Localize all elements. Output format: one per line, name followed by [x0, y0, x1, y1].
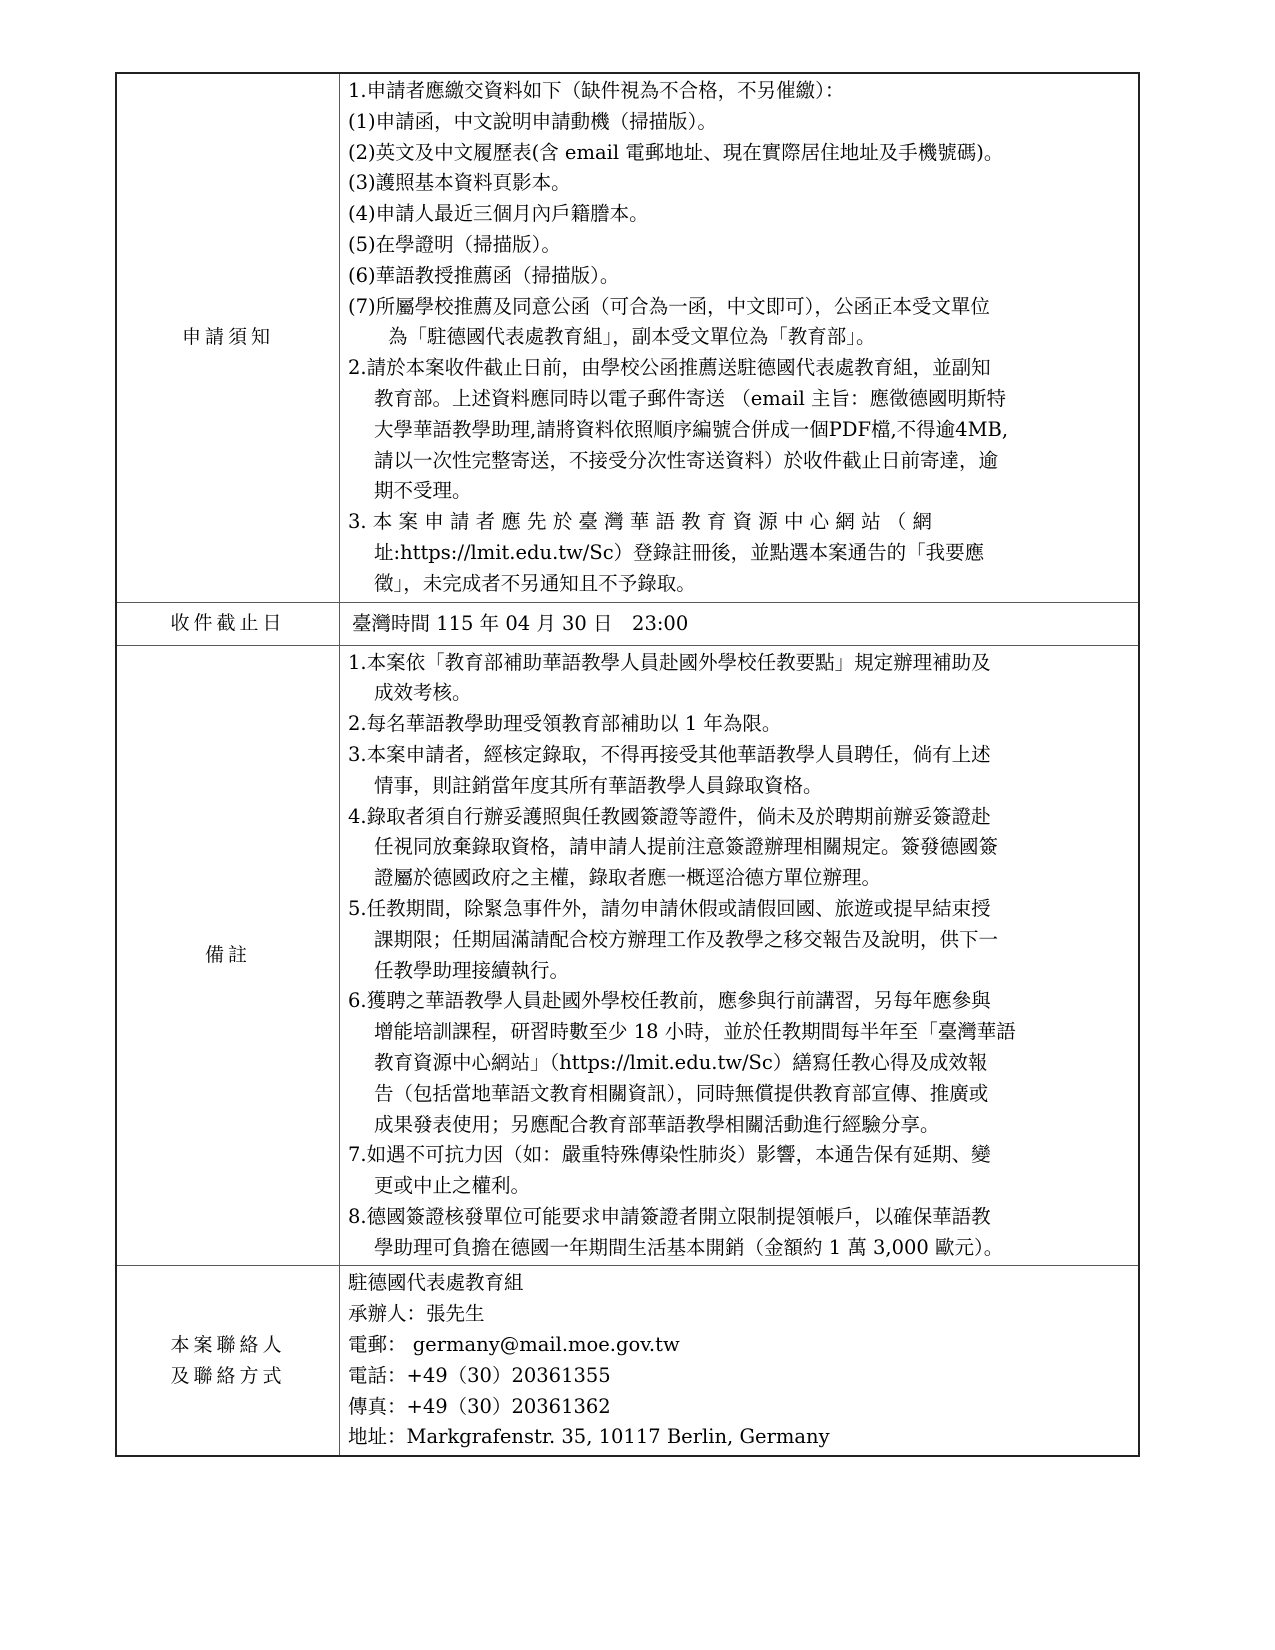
content-application-notes: 1.申請者應繳交資料如下（缺件視為不合格，不另催繳）： (1)申請函，中文說明申… [340, 73, 1140, 602]
notes-sub-item-6: (6)華語教授推薦函（掃描版）。 [348, 261, 1128, 292]
notes-item-3-cont-2: 徵」，未完成者不另通知且不予錄取。 [348, 569, 1128, 600]
contact-person: 承辦人：張先生 [348, 1299, 1128, 1330]
remarks-item-5: 5.任教期間，除緊急事件外，請勿申請休假或請假回國、旅遊或提早結束授 [348, 894, 1128, 925]
notes-sub-item-5: (5)在學證明（掃描版）。 [348, 230, 1128, 261]
label-contact-line-1: 本案聯絡人 [117, 1330, 339, 1361]
remarks-item-1-cont: 成效考核。 [348, 678, 1128, 709]
remarks-item-4: 4.錄取者須自行辦妥護照與任教國簽證等證件，倘未及於聘期前辦妥簽證赴 [348, 802, 1128, 833]
remarks-item-6-cont-4: 成果發表使用；另應配合教育部華語教學相關活動進行經驗分享。 [348, 1110, 1128, 1141]
remarks-item-6: 6.獲聘之華語教學人員赴國外學校任教前，應參與行前講習，另每年應參與 [348, 986, 1128, 1017]
remarks-item-8: 8.德國簽證核發單位可能要求申請簽證者開立限制提領帳戶，以確保華語教 [348, 1202, 1128, 1233]
label-contact: 本案聯絡人 及聯絡方式 [116, 1266, 340, 1456]
table-row-contact: 本案聯絡人 及聯絡方式 駐德國代表處教育組 承辦人：張先生 電郵： german… [116, 1266, 1139, 1456]
notes-item-1: 1.申請者應繳交資料如下（缺件視為不合格，不另催繳）： [348, 76, 1128, 107]
notes-sub-item-3: (3)護照基本資料頁影本。 [348, 168, 1128, 199]
contact-address: 地址：Markgrafenstr. 35, 10117 Berlin, Germ… [348, 1422, 1128, 1453]
label-contact-line-2: 及聯絡方式 [117, 1361, 339, 1392]
remarks-item-4-cont-1: 任視同放棄錄取資格，請申請人提前注意簽證辦理相關規定。簽發德國簽 [348, 832, 1128, 863]
remarks-item-4-cont-2: 證屬於德國政府之主權，錄取者應一概逕洽德方單位辦理。 [348, 863, 1128, 894]
notes-sub-item-2: (2)英文及中文履歷表(含 email 電郵地址、現在實際居住地址及手機號碼)。 [348, 138, 1128, 169]
notes-item-2-cont-3: 請以一次性完整寄送，不接受分次性寄送資料）於收件截止日前寄達，逾 [348, 446, 1128, 477]
remarks-item-5-cont-1: 課期限；任期屆滿請配合校方辦理工作及教學之移交報告及說明，供下一 [348, 925, 1128, 956]
contact-email[interactable]: 電郵： germany@mail.moe.gov.tw [348, 1330, 1128, 1361]
notes-sub-item-1: (1)申請函，中文說明申請動機（掃描版）。 [348, 107, 1128, 138]
deadline-value: 臺灣時間 115 年 04 月 30 日 23:00 [340, 602, 1140, 645]
table-row-application-notes: 申請須知 1.申請者應繳交資料如下（缺件視為不合格，不另催繳）： (1)申請函，… [116, 73, 1139, 602]
contact-organization: 駐德國代表處教育組 [348, 1268, 1128, 1299]
label-remarks: 備註 [116, 645, 340, 1266]
remarks-item-8-cont: 學助理可負擔在德國一年期間生活基本開銷（金額約 1 萬 3,000 歐元）。 [348, 1233, 1128, 1264]
remarks-item-6-cont-3: 告（包括當地華語文教育相關資訊），同時無償提供教育部宣傳、推廣或 [348, 1079, 1128, 1110]
notes-sub-item-7: (7)所屬學校推薦及同意公函（可合為一函，中文即可），公函正本受文單位 [348, 292, 1128, 323]
contact-fax: 傳真：+49（30）20361362 [348, 1392, 1128, 1423]
announcement-table: 申請須知 1.申請者應繳交資料如下（缺件視為不合格，不另催繳）： (1)申請函，… [115, 72, 1140, 1457]
remarks-item-3-cont: 情事，則註銷當年度其所有華語教學人員錄取資格。 [348, 771, 1128, 802]
remarks-item-2: 2.每名華語教學助理受領教育部補助以 1 年為限。 [348, 709, 1128, 740]
table-row-remarks: 備註 1.本案依「教育部補助華語教學人員赴國外學校任教要點」規定辦理補助及 成效… [116, 645, 1139, 1266]
remarks-item-1: 1.本案依「教育部補助華語教學人員赴國外學校任教要點」規定辦理補助及 [348, 648, 1128, 679]
notes-item-3: 3. 本 案 申 請 者 應 先 於 臺 灣 華 語 教 育 資 源 中 心 網… [348, 507, 1128, 538]
remarks-item-3: 3.本案申請者，經核定錄取，不得再接受其他華語教學人員聘任，倘有上述 [348, 740, 1128, 771]
content-remarks: 1.本案依「教育部補助華語教學人員赴國外學校任教要點」規定辦理補助及 成效考核。… [340, 645, 1140, 1266]
remarks-item-6-cont-2: 教育資源中心網站」（https://lmit.edu.tw/Sc）繕寫任教心得及… [348, 1048, 1128, 1079]
notes-item-2-cont-4: 期不受理。 [348, 476, 1128, 507]
notes-item-2: 2.請於本案收件截止日前，由學校公函推薦送駐德國代表處教育組，並副知 [348, 353, 1128, 384]
table-row-deadline: 收件截止日 臺灣時間 115 年 04 月 30 日 23:00 [116, 602, 1139, 645]
notes-sub-item-4: (4)申請人最近三個月內戶籍謄本。 [348, 199, 1128, 230]
remarks-item-7: 7.如遇不可抗力因（如：嚴重特殊傳染性肺炎）影響，本通告保有延期、變 [348, 1140, 1128, 1171]
label-application-notes: 申請須知 [116, 73, 340, 602]
remarks-item-6-cont-1: 增能培訓課程，研習時數至少 18 小時，並於任教期間每半年至「臺灣華語 [348, 1017, 1128, 1048]
notes-item-2-cont-2: 大學華語教學助理,請將資料依照順序編號合併成一個PDF檔,不得逾4MB, [348, 415, 1128, 446]
contact-phone: 電話：+49（30）20361355 [348, 1361, 1128, 1392]
label-deadline: 收件截止日 [116, 602, 340, 645]
notes-item-2-cont-1: 教育部。上述資料應同時以電子郵件寄送 （email 主旨：應徵德國明斯特 [348, 384, 1128, 415]
remarks-item-7-cont: 更或中止之權利。 [348, 1171, 1128, 1202]
notes-sub-item-7-cont: 為「駐德國代表處教育組」，副本受文單位為「教育部」。 [348, 322, 1128, 353]
remarks-item-5-cont-2: 任教學助理接續執行。 [348, 956, 1128, 987]
content-contact: 駐德國代表處教育組 承辦人：張先生 電郵： germany@mail.moe.g… [340, 1266, 1140, 1456]
notes-item-3-cont-1: 址:https://lmit.edu.tw/Sc）登錄註冊後，並點選本案通告的「… [348, 538, 1128, 569]
